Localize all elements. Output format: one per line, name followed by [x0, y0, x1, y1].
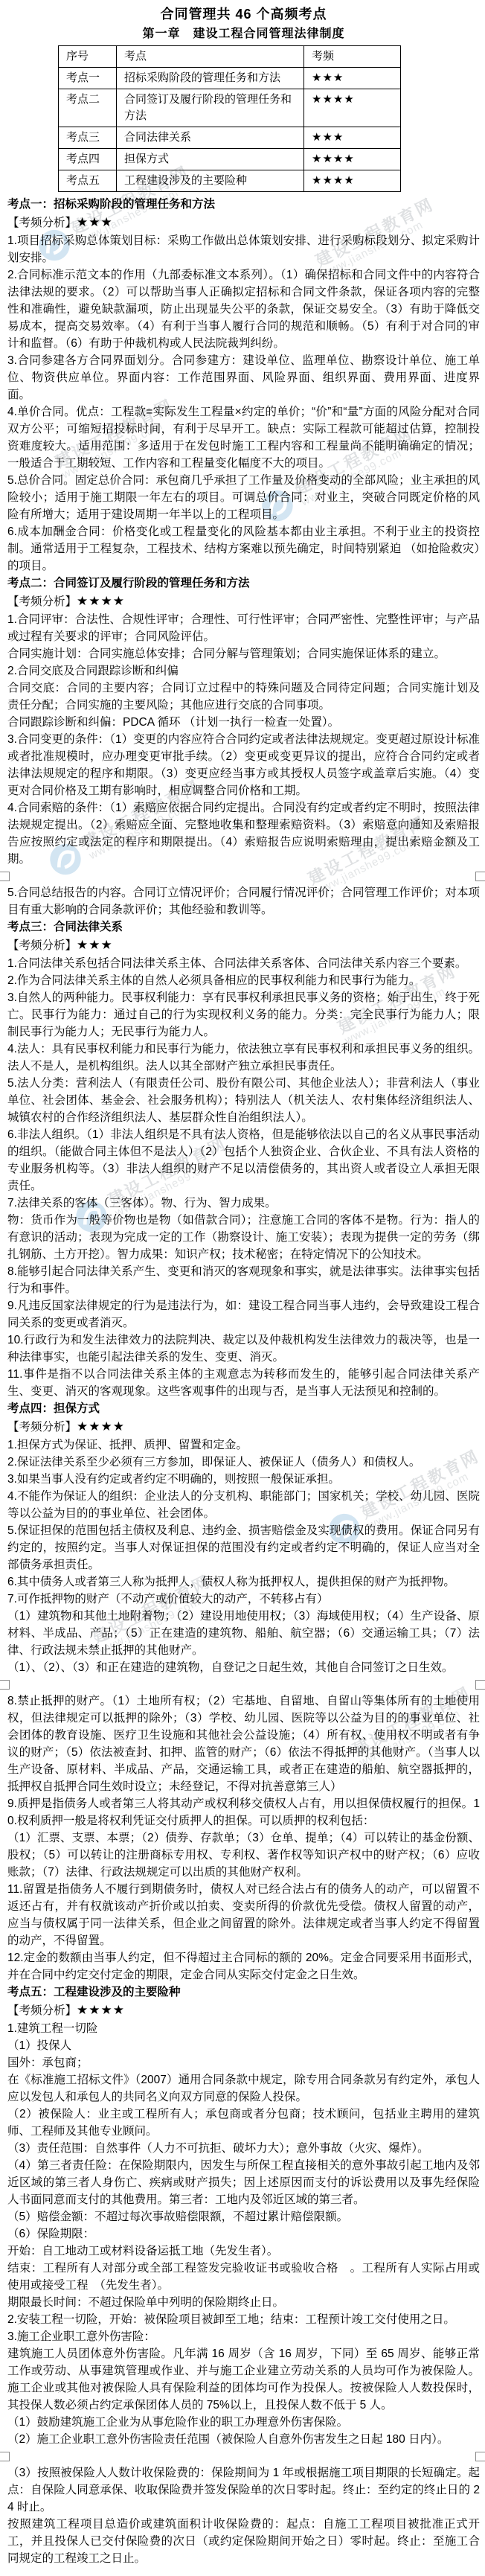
paragraph: 3.施工企业职工意外伤害险： [7, 2328, 480, 2345]
freq-stars: ★★★★ [77, 2003, 125, 2017]
paragraph: 2.作为合同法律关系主体的自然人必须具备相应的民事权利能力和民事行为能力。 [7, 972, 480, 989]
paragraph: 4.不能作为保证人的组织：企业法人的分支机构、职能部门；国家机关；学校、幼儿园、… [7, 1488, 480, 1522]
page-break-marker [0, 2449, 485, 2463]
freq-analysis-line: 【考频分析】★★★ [7, 936, 480, 955]
cell-topic: 招标采购阶段的管理任务和方法 [117, 68, 304, 89]
section-heading-4: 考点四：担保方式 [7, 1400, 480, 1418]
freq-label: 【考频分析】 [7, 595, 77, 608]
paragraph: 5.合同总结报告的内容。合同订立情况评价；合同履行情况评价；合同管理工作评价；对… [7, 884, 480, 918]
table-row: 考点二 合同签订及履行阶段的管理任务和方法 ★★★★ [59, 89, 401, 127]
page-break-marker [0, 1678, 485, 1691]
paragraph: （2）被保险人：业主或工程所有人；承包商或者分包商；技术顾问，包括业主聘用的建筑… [7, 2106, 480, 2140]
paragraph: 1.担保方式为保证、抵押、质押、留置和定金。 [7, 1436, 480, 1454]
paragraph: 2.合同交底及合同跟踪诊断和纠偏 [7, 662, 480, 680]
freq-analysis-line: 【考频分析】★★★★ [7, 592, 480, 611]
section-heading-1: 考点一：招标采购阶段的管理任务和方法 [7, 196, 480, 214]
freq-label: 【考频分析】 [7, 1421, 77, 1434]
paragraph: （1）汇票、支票、本票；（2）债券、存款单；（3）仓单、提单；（4）可以转让的基… [7, 1829, 480, 1881]
freq-stars: ★★★★ [77, 1419, 125, 1434]
paragraph: 结束：工程所有人对部分或全部工程签发完验收证书或验收合格 。工程所有人实际占用或… [7, 2260, 480, 2294]
cell-topic: 合同法律关系 [117, 127, 304, 149]
table-row: 考点五 工程建设涉及的主要险种 ★★★★ [59, 170, 401, 192]
cell-freq-stars: ★★★★ [304, 89, 401, 127]
paragraph: 3.如果当事人没有约定或者约定不明确的，则按照一般保证承担。 [7, 1471, 480, 1488]
paragraph: 按照建筑工程项目总造价或建筑面积计收保险费的：起点：自施工工程项目被批准正式开工… [7, 2516, 480, 2567]
paragraph: 3.合同参建各方合同界面划分。合同参建方：建设单位、监理单位、勘察设计单位、施工… [7, 352, 480, 403]
chapter-title: 第一章 建设工程合同管理法律制度 [7, 24, 480, 41]
exam-points-table: 序号 考点 考频 考点一 招标采购阶段的管理任务和方法 ★★★ 考点二 合同签订… [58, 45, 401, 192]
freq-analysis-line: 【考频分析】★★★★ [7, 1418, 480, 1436]
paragraph: 建筑施工人员团体意外伤害险。凡年满 16 周岁（含 16 周岁，下同）至 65 … [7, 2345, 480, 2414]
paragraph: （3）按照被保险人人数计收保险费的：保险期间为 1 年或根据施工项目期限的长短确… [7, 2464, 480, 2516]
page-break-marker [0, 869, 485, 883]
paragraph: （4）第三者责任险：在保险期限内，因发生与所保工程直接相关的意外事故引起工地内及… [7, 2157, 480, 2208]
paragraph: （2）施工企业职工意外伤害险责任范围（被保险人自意外伤害发生之日起 180 日内… [7, 2431, 480, 2448]
paragraph: 合同交底：合同的主要内容；合同订立过程中的特殊问题及合同待定问题；合同实施计划及… [7, 680, 480, 714]
header-topic: 考点 [117, 46, 304, 68]
freq-label: 【考频分析】 [7, 939, 77, 952]
freq-stars: ★★★ [77, 938, 113, 952]
paragraph: 在《标准施工招标文件》（2007）通用合同条款中规定，除专用合同条款另有约定外，… [7, 2071, 480, 2106]
paragraph: （1）建筑物和其他土地附着物；（2）建设用地使用权；（3）海域使用权；（4）生产… [7, 1608, 480, 1659]
section-heading-2: 考点二：合同签订及履行阶段的管理任务和方法 [7, 575, 480, 592]
paragraph: 6.成本加酬金合同：价格变化或工程量变化的风险基本都由业主承担。不利于业主的投资… [7, 523, 480, 575]
header-no: 序号 [59, 46, 117, 68]
section-heading-5: 考点五：工程建设涉及的主要险种 [7, 1984, 480, 2001]
freq-analysis-line: 【考频分析】★★★ [7, 214, 480, 232]
paragraph: 11.事件是指不以合同法律关系主体的主观意志为转移而发生的，能够引起合同法律关系… [7, 1366, 480, 1400]
cell-no: 考点二 [59, 89, 117, 127]
paragraph: 5.总价合同。固定总价合同：承包商几乎承担了工作量及价格变动的全部风险；业主承担… [7, 472, 480, 523]
page-break-edge-icon [0, 1680, 10, 1690]
document-content: 合同管理共 46 个高频考点 第一章 建设工程合同管理法律制度 序号 考点 考频… [0, 0, 485, 2576]
freq-label: 【考频分析】 [7, 2004, 77, 2017]
paragraph: 12.定金的数额由当事人约定，但不得超过主合同标的额的 20%。定金合同要采用书… [7, 1949, 480, 1984]
cell-no: 考点三 [59, 127, 117, 149]
freq-stars: ★★★ [77, 215, 113, 229]
paragraph: 1.项目招标采购总体策划目标：采购工作做出总体策划安排、进行采购标段划分、拟定采… [7, 232, 480, 266]
table-row: 考点一 招标采购阶段的管理任务和方法 ★★★ [59, 68, 401, 89]
paragraph: （3）责任范围：自然事件（人力不可抗拒、破坏力大）；意外事故（火灾、爆炸）。 [7, 2140, 480, 2157]
header-freq: 考频 [304, 46, 401, 68]
page-break-edge-icon [475, 1680, 485, 1690]
table-header-row: 序号 考点 考频 [59, 46, 401, 68]
paragraph: 5.法人分类：营利法人（有限责任公司、股份有限公司、其他企业法人）；非营利法人（… [7, 1075, 480, 1126]
paragraph: （1）、（2）、（3）和正在建造的建筑物，自登记之日起生效，其他自合同签订之日生… [7, 1659, 480, 1676]
table-row: 考点四 担保方式 ★★★★ [59, 149, 401, 170]
paragraph: 9.凡违反国家法律规定的行为是违法行为，如：建设工程合同当事人违约，会导致建设工… [7, 1297, 480, 1332]
table-row: 考点三 合同法律关系 ★★★ [59, 127, 401, 149]
paragraph: 3.合同变更的条件：（1）变更的内容应符合合同约定或者法律法规规定。变更超过原设… [7, 731, 480, 799]
paragraph: 7.可作抵押物的财产（不动产或价值较大的动产，不转移占有） [7, 1591, 480, 1608]
paragraph: 1.建筑工程一切险 [7, 2020, 480, 2037]
paragraph: 合同跟踪诊断和纠偏：PDCA 循环 （计划一执行一检查一处置）。 [7, 714, 480, 731]
paragraph: 11.留置是指债务人不履行到期债务时，债权人对已经合法占有的债务人的动产，可以留… [7, 1881, 480, 1949]
paragraph: 4.单价合同。优点：工程款=实际发生工程量×约定的单价；“价”和“量”方面的风险… [7, 403, 480, 472]
paragraph: 国外：承包商； [7, 2054, 480, 2071]
paragraph: （6）保险期限： [7, 2225, 480, 2243]
page-break-edge-icon [0, 2452, 10, 2461]
paragraph: 1.合同法律关系包括合同法律关系主体、合同法律关系客体、合同法律关系内容三个要素… [7, 955, 480, 972]
freq-analysis-line: 【考频分析】★★★★ [7, 2001, 480, 2020]
paragraph: 9.质押是指债务人或者第三人将其动产或权利移交债权人占有，用以担保债权履行的担保… [7, 1795, 480, 1829]
cell-topic: 担保方式 [117, 149, 304, 170]
paragraph: 2.保证法律关系至少必须有三方参加，即保证人、被保证人（债务人）和债权人。 [7, 1454, 480, 1471]
page-title: 合同管理共 46 个高频考点 [7, 4, 480, 23]
cell-no: 考点四 [59, 149, 117, 170]
paragraph: 6.其中债务人或者第三人称为抵押人，债权人称为抵押权人，提供担保的财产为抵押物。 [7, 1573, 480, 1591]
paragraph: 4.合同索赔的条件：（1）索赔应依据合同约定提出。合同没有约定或者约定不明时，按… [7, 799, 480, 868]
cell-freq-stars: ★★★★ [304, 170, 401, 192]
cell-freq-stars: ★★★★ [304, 149, 401, 170]
freq-stars: ★★★★ [77, 594, 125, 608]
cell-topic: 合同签订及履行阶段的管理任务和方法 [117, 89, 304, 127]
paragraph: 6.非法人组织。（1）非法人组织是不具有法人资格，但是能够依法以自己的名义从事民… [7, 1126, 480, 1195]
paragraph: 7.法律关系的客体（三客体）。物、行为、智力成果。 [7, 1195, 480, 1212]
page-break-edge-icon [475, 2452, 485, 2461]
paragraph: 2.合同标准示范文本的作用（九部委标准文本系列）。（1）确保招标和合同文件中的内… [7, 266, 480, 352]
cell-topic: 工程建设涉及的主要险种 [117, 170, 304, 192]
paragraph: （1）投保人 [7, 2037, 480, 2054]
cell-freq-stars: ★★★ [304, 68, 401, 89]
page-break-edge-icon [475, 872, 485, 881]
paragraph: 8.禁止抵押的财产。（1）土地所有权；（2）宅基地、自留地、自留山等集体所有的土… [7, 1693, 480, 1795]
cell-freq-stars: ★★★ [304, 127, 401, 149]
paragraph: 合同实施计划：合同实施总体安排；合同分解与管理策划；合同实施保证体系的建立。 [7, 645, 480, 662]
paragraph: 10.行政行为和发生法律效力的法院判决、裁定以及仲裁机构发生法律效力的裁决等，也… [7, 1332, 480, 1366]
page-break-edge-icon [0, 872, 10, 881]
paragraph: 物：货币作为一般等价物也是物（如借款合同）；注意施工合同的客体不是物。行为：指人… [7, 1212, 480, 1263]
paragraph: 8.能够引起合同法律关系产生、变更和消灭的客观现象和事实，就是法律事实。法律事实… [7, 1263, 480, 1297]
section-heading-3: 考点三：合同法律关系 [7, 918, 480, 936]
paragraph: 1.合同评审：合法性、合规性评审；合理性、可行性评审；合同严密性、完整性评审；与… [7, 611, 480, 645]
cell-no: 考点一 [59, 68, 117, 89]
paragraph: 5.保证担保的范围包括主债权及利息、违约金、损害赔偿金及实现债权的费用。保证合同… [7, 1522, 480, 1573]
paragraph: 3.自然人的两种能力。民事权利能力：享有民事权利承担民事义务的资格；始于出生，终… [7, 989, 480, 1041]
paragraph: 开始：自工地动工或材料设备运抵工地（先发生者）。 [7, 2243, 480, 2260]
paragraph: 期限最长时间：不超过保险单中列明的保险期终止日。 [7, 2294, 480, 2311]
freq-label: 【考频分析】 [7, 217, 77, 229]
paragraph: 2.安装工程一切险，开始：被保险项目被卸至工地；结束：工程预计竣工交付使用之日。 [7, 2311, 480, 2328]
paragraph: 4.法人：具有民事权利能力和民事行为能力，依法独立享有民事权利和承担民事义务的组… [7, 1041, 480, 1075]
cell-no: 考点五 [59, 170, 117, 192]
document-page: 建设工程教育网www.jianshe99.com 建设工程教育网www.jian… [0, 0, 485, 2576]
paragraph: （1）鼓励建筑施工企业为从事危险作业的职工办理意外伤害保险。 [7, 2414, 480, 2431]
paragraph: （5）赔偿金额：不超过每次事故赔偿限额，不超过累计赔偿限额。 [7, 2208, 480, 2225]
